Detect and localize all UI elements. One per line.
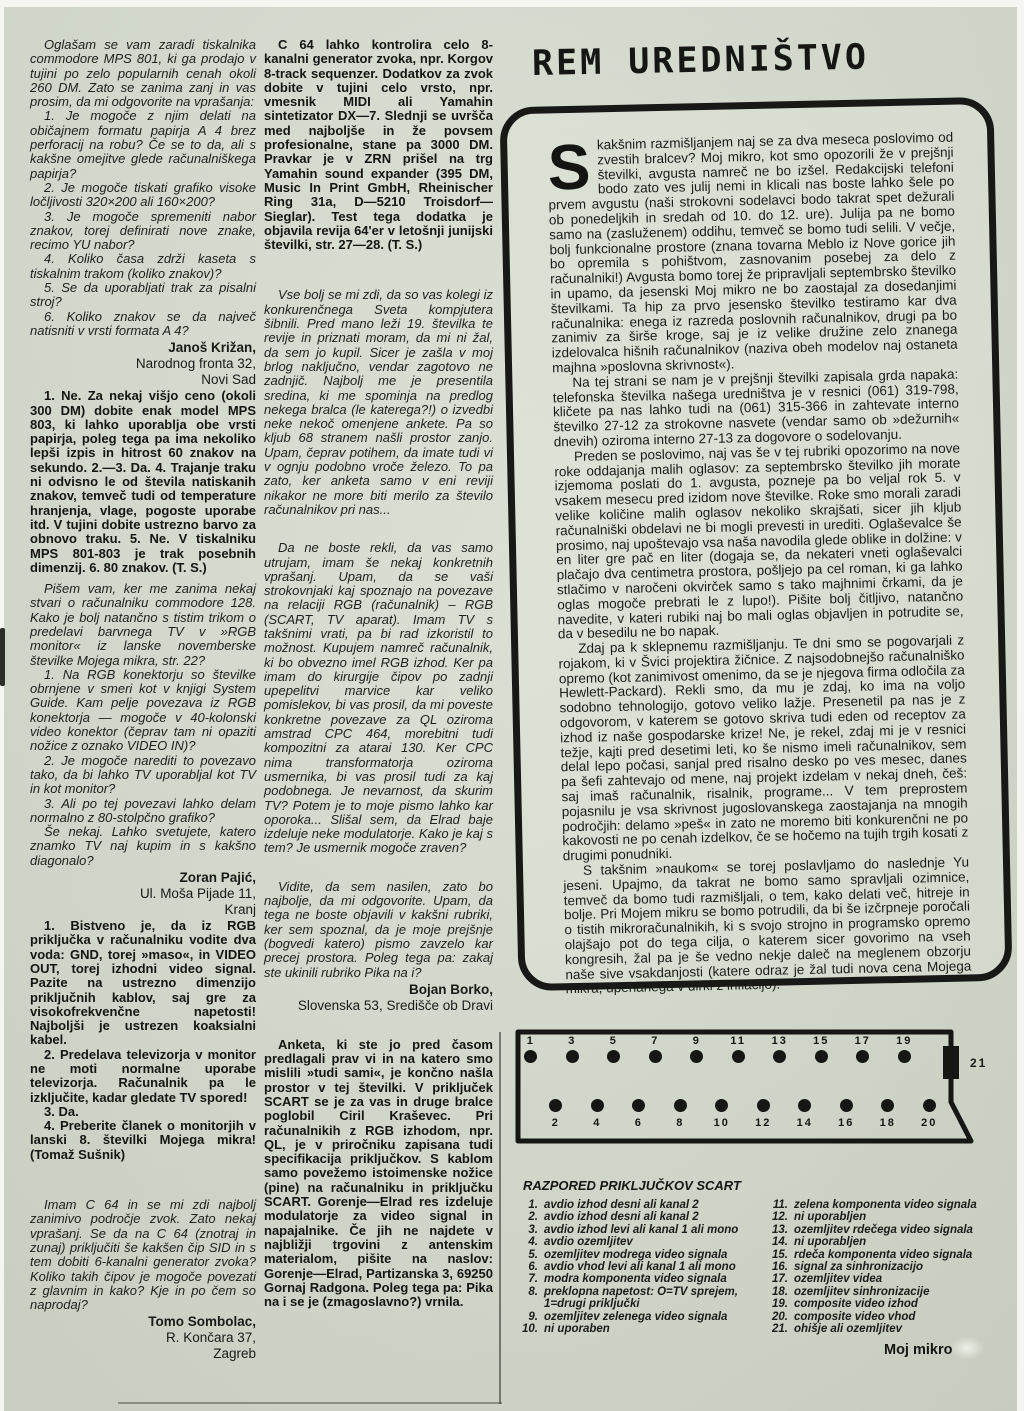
editorial-paragraph: S takšnim »naukom« se torej poslavljamo … bbox=[563, 855, 972, 997]
answer-paragraph: 3. Da. bbox=[30, 1105, 256, 1119]
pin-list-item-number: 2. bbox=[512, 1211, 538, 1223]
pin-list-item: 3. avdio izhod levi ali kanal 1 ali mono bbox=[512, 1224, 762, 1236]
pin-list-item-text: composite video izhod bbox=[794, 1298, 1012, 1310]
pin-number: 20 bbox=[921, 1117, 937, 1129]
magazine-name-footer: Moj mikro bbox=[884, 1342, 952, 1358]
scart-pin: 13 bbox=[759, 1035, 801, 1063]
pin-list-item-text: ozemljitev rdečega video signala bbox=[794, 1224, 1012, 1236]
pin-list-item: 6. avdio vhod levi ali kanal 1 ali mono bbox=[512, 1261, 762, 1273]
scart-pin: 8 bbox=[660, 1099, 702, 1129]
pin-list-item-number: 10. bbox=[512, 1323, 538, 1335]
signature-name: Zoran Pajić, bbox=[30, 870, 256, 886]
pin-list-item-number: 9. bbox=[512, 1311, 538, 1323]
pin-dot-icon bbox=[898, 1050, 911, 1063]
letter-paragraph: 2. Je mogoče tiskati grafiko visoke ločl… bbox=[30, 181, 256, 210]
pin-dot-icon bbox=[549, 1099, 562, 1112]
pin-list-item: 7. modra komponenta video signala bbox=[512, 1273, 762, 1285]
pin-list-item: 12. ni uporabljen bbox=[762, 1211, 1012, 1223]
pin-list-item: 19. composite video izhod bbox=[762, 1298, 1012, 1310]
editorial-paragraph: Preden se poslovimo, naj vas še v tej ru… bbox=[554, 441, 964, 642]
letter-paragraph: 2. Je mogoče narediti to povezavo tako, … bbox=[30, 754, 256, 797]
pin-dot-icon bbox=[840, 1099, 853, 1112]
scart-pin: 18 bbox=[867, 1099, 909, 1129]
pin-dot-icon bbox=[649, 1050, 662, 1063]
pin-list-item: 13. ozemljitev rdečega video signala bbox=[762, 1224, 1012, 1236]
signature: Bojan Borko, Slovenska 53, Središče ob D… bbox=[264, 982, 493, 1014]
pin-list-item-number: 20. bbox=[762, 1311, 788, 1323]
letter-paragraph: 4. Koliko časa zdrži kaseta s tiskalnim … bbox=[30, 252, 256, 281]
signature-name: Tomo Sombolac, bbox=[30, 1314, 256, 1330]
pin-list-item-text: rdeča komponenta video signala bbox=[794, 1249, 1012, 1261]
pin-number: 6 bbox=[635, 1117, 643, 1129]
pin-dot-icon bbox=[607, 1050, 620, 1063]
pin-list-item-text: ozemljitev videa bbox=[794, 1273, 1012, 1285]
pin-list-item: 4. avdio ozemljitev bbox=[512, 1236, 762, 1248]
letters-column-2: C 64 lahko kontrolira celo 8-kanalni gen… bbox=[264, 38, 493, 1309]
pin-number: 8 bbox=[676, 1117, 684, 1129]
editorial-box: Skakšnim razmišljanjem naj se za dva mes… bbox=[499, 97, 1012, 992]
pin-list-item-text: preklopna napetost: O=TV sprejem, 1=drug… bbox=[544, 1286, 762, 1311]
scart-pin: 4 bbox=[577, 1099, 619, 1129]
pin-list-item-number: 16. bbox=[762, 1261, 788, 1273]
pin-21-label: 21 bbox=[970, 1056, 987, 1070]
editorial-text: kakšnim razmišljanjem naj se za dva mese… bbox=[548, 130, 957, 376]
scan-edge-right bbox=[1017, 0, 1024, 1411]
pin-list-item-text: ni uporaben bbox=[544, 1323, 762, 1335]
pin-list-item: 5. ozemljitev modrega video signala bbox=[512, 1249, 762, 1261]
pin-list-item: 15. rdeča komponenta video signala bbox=[762, 1249, 1012, 1261]
signature-address: Ul. Moša Pijade 11, bbox=[30, 886, 256, 902]
scart-pin: 17 bbox=[842, 1035, 884, 1063]
pin-list-item: 18. ozemljitev sinhronizacije bbox=[762, 1286, 1012, 1298]
pin-list-item-text: avdio izhod desni ali kanal 2 bbox=[544, 1199, 762, 1211]
answer-paragraph: 4. Preberite članek o monitorjih v lansk… bbox=[30, 1119, 256, 1162]
pin-list-item-text: signal za sinhronizacijo bbox=[794, 1261, 1012, 1273]
pin-list-item-number: 11. bbox=[762, 1199, 788, 1211]
answer-paragraph: 1. Ne. Za nekaj višjo ceno (okoli 300 DM… bbox=[30, 389, 256, 575]
pin-dot-icon bbox=[773, 1050, 786, 1063]
letter-paragraph: Še nekaj. Lahko svetujete, katero znamko… bbox=[30, 825, 256, 868]
scan-edge-top bbox=[0, 0, 1024, 7]
page-number-smudge bbox=[950, 1336, 984, 1360]
pin-list-item: 9. ozemljitev zelenega video signala bbox=[512, 1311, 762, 1323]
scart-pin: 9 bbox=[676, 1035, 718, 1063]
pin-list-left-column: 1. avdio izhod desni ali kanal 2 2. avdi… bbox=[512, 1199, 762, 1335]
letter-paragraph: Vse bolj se mi zdi, da so vas kolegi iz … bbox=[264, 288, 493, 517]
pin-number: 5 bbox=[610, 1035, 618, 1047]
signature-city: Zagreb bbox=[30, 1346, 256, 1362]
pin-number: 19 bbox=[896, 1035, 912, 1047]
signature-address: R. Končara 37, bbox=[30, 1330, 256, 1346]
pin-list-item-text: avdio ozemljitev bbox=[544, 1236, 762, 1248]
pin-list-title: RAZPORED PRIKLJUČKOV SCART bbox=[523, 1178, 1012, 1193]
letters-column-1: Oglašam se vam zaradi tiskalnika commodo… bbox=[30, 38, 256, 1363]
pin-21-block bbox=[943, 1046, 959, 1079]
pin-list-item-number: 4. bbox=[512, 1236, 538, 1248]
scart-pin: 19 bbox=[884, 1035, 926, 1063]
pin-list-item: 20. composite video vhod bbox=[762, 1311, 1012, 1323]
signature-name: Bojan Borko, bbox=[264, 982, 493, 998]
pin-list-item-text: ni uporabljen bbox=[794, 1211, 1012, 1223]
pin-number: 9 bbox=[693, 1035, 701, 1047]
letter-paragraph: Imam C 64 in se mi zdi najbolj zanimivo … bbox=[30, 1198, 256, 1312]
letter-paragraph: 1. Na RGB konektorju so številke obrnjen… bbox=[30, 668, 256, 754]
pin-list-item-text: avdio izhod desni ali kanal 2 bbox=[544, 1211, 762, 1223]
scart-pin: 20 bbox=[909, 1099, 951, 1129]
pin-list-item: 17. ozemljitev videa bbox=[762, 1273, 1012, 1285]
pin-list-item: 8. preklopna napetost: O=TV sprejem, 1=d… bbox=[512, 1286, 762, 1311]
answer-paragraph: C 64 lahko kontrolira celo 8-kanalni gen… bbox=[264, 38, 493, 252]
signature: Janoš Križan, Narodnog fronta 32, Novi S… bbox=[30, 340, 256, 388]
pin-number: 12 bbox=[755, 1117, 771, 1129]
signature-city: Novi Sad bbox=[30, 372, 256, 388]
scart-pins-top-row: 1 3 5 7 9 bbox=[510, 1035, 925, 1063]
letter-paragraph: Vidite, da sem nasilen, zato bo najbolje… bbox=[264, 880, 493, 980]
pin-dot-icon bbox=[732, 1050, 745, 1063]
answer-paragraph: Anketa, ki ste jo pred časom predlagali … bbox=[264, 1038, 493, 1310]
pin-list-item-number: 15. bbox=[762, 1249, 788, 1261]
scart-pin: 5 bbox=[593, 1035, 635, 1063]
pin-list-item-number: 12. bbox=[762, 1211, 788, 1223]
scart-pin: 14 bbox=[784, 1099, 826, 1129]
pin-list-item: 1. avdio izhod desni ali kanal 2 bbox=[512, 1199, 762, 1211]
pin-list-item-text: ni uporabljen bbox=[794, 1236, 1012, 1248]
magazine-page: Oglašam se vam zaradi tiskalnika commodo… bbox=[0, 0, 1024, 1411]
pin-list-item-text: composite video vhod bbox=[794, 1311, 1012, 1323]
scart-pin: 6 bbox=[618, 1099, 660, 1129]
pin-list-item: 11. zelena komponenta video signala bbox=[762, 1199, 1012, 1211]
pin-list-item-text: ozemljitev zelenega video signala bbox=[544, 1311, 762, 1323]
scan-edge-left bbox=[0, 0, 4, 1411]
column-divider-line bbox=[499, 1032, 501, 1404]
pin-list-item-number: 19. bbox=[762, 1298, 788, 1310]
answer-paragraph: 1. Bistveno je, da iz RGB priključka v r… bbox=[30, 919, 256, 1048]
scart-pin: 2 bbox=[535, 1099, 577, 1129]
pin-list-item: 14. ni uporabljen bbox=[762, 1236, 1012, 1248]
pin-dot-icon bbox=[798, 1099, 811, 1112]
pin-number: 14 bbox=[797, 1117, 813, 1129]
pin-dot-icon bbox=[815, 1050, 828, 1063]
scart-pin: 3 bbox=[552, 1035, 594, 1063]
pin-list-item-text: ozemljitev modrega video signala bbox=[544, 1249, 762, 1261]
rem-urednistvo-header: REM UREDNIŠTVO bbox=[532, 38, 870, 84]
pin-number: 3 bbox=[568, 1035, 576, 1047]
letter-paragraph: Da ne boste rekli, da vas samo utrujam, … bbox=[264, 541, 493, 856]
pin-list-item: 2. avdio izhod desni ali kanal 2 bbox=[512, 1211, 762, 1223]
signature: Zoran Pajić, Ul. Moša Pijade 11, Kranj bbox=[30, 870, 256, 918]
page-edge-line bbox=[118, 1402, 502, 1404]
letter-paragraph: Oglašam se vam zaradi tiskalnika commodo… bbox=[30, 38, 256, 109]
pin-dot-icon bbox=[856, 1050, 869, 1063]
pin-list-item-number: 6. bbox=[512, 1261, 538, 1273]
scart-pin: 10 bbox=[701, 1099, 743, 1129]
pin-list-item-number: 5. bbox=[512, 1249, 538, 1261]
letter-paragraph: 1. Je mogoče z njim delati na običajnem … bbox=[30, 109, 256, 180]
answer-paragraph: 2. Predelava televizorja v monitor ne mo… bbox=[30, 1048, 256, 1105]
pin-number: 7 bbox=[651, 1035, 659, 1047]
dropcap: S bbox=[547, 142, 591, 193]
pin-dot-icon bbox=[591, 1099, 604, 1112]
editorial-paragraph: Zdaj pa k sklepnemu razmišljanju. Te dni… bbox=[558, 634, 969, 865]
signature-name: Janoš Križan, bbox=[30, 340, 256, 356]
scart-pin: 15 bbox=[801, 1035, 843, 1063]
pin-dot-icon bbox=[757, 1099, 770, 1112]
pin-list-item-text: avdio vhod levi ali kanal 1 ali mono bbox=[544, 1261, 762, 1273]
signature-city: Kranj bbox=[30, 902, 256, 918]
editorial-paragraph: Na tej strani se nam je v prejšnji števi… bbox=[552, 367, 960, 450]
scan-artifact bbox=[0, 628, 5, 686]
pin-number: 1 bbox=[527, 1035, 535, 1047]
pin-list-item-number: 1. bbox=[512, 1199, 538, 1211]
pin-number: 11 bbox=[730, 1035, 746, 1047]
pin-list-item-text: ozemljitev sinhronizacije bbox=[794, 1286, 1012, 1298]
pin-dot-icon bbox=[524, 1050, 537, 1063]
pin-dot-icon bbox=[715, 1099, 728, 1112]
pin-number: 10 bbox=[714, 1117, 730, 1129]
pin-list-item-number: 14. bbox=[762, 1236, 788, 1248]
signature-address: Narodnog fronta 32, bbox=[30, 356, 256, 372]
pin-list-item-text: avdio izhod levi ali kanal 1 ali mono bbox=[544, 1224, 762, 1236]
pin-list-item: 21. ohišje ali ozemljitev bbox=[762, 1323, 1012, 1335]
pin-number: 4 bbox=[593, 1117, 601, 1129]
pin-number: 18 bbox=[880, 1117, 896, 1129]
pin-number: 13 bbox=[772, 1035, 788, 1047]
pin-list-item: 16. signal za sinhronizacijo bbox=[762, 1261, 1012, 1273]
scart-pin: 7 bbox=[635, 1035, 677, 1063]
pin-list-item-number: 3. bbox=[512, 1224, 538, 1236]
scart-pin: 11 bbox=[718, 1035, 760, 1063]
pin-number: 15 bbox=[813, 1035, 829, 1047]
pin-list-item: 10. ni uporaben bbox=[512, 1323, 762, 1335]
pin-list-item-text: ohišje ali ozemljitev bbox=[794, 1323, 1012, 1335]
pin-list-item-text: zelena komponenta video signala bbox=[794, 1199, 1012, 1211]
pin-dot-icon bbox=[923, 1099, 936, 1112]
signature-address: Slovenska 53, Središče ob Dravi bbox=[264, 998, 493, 1014]
letter-paragraph: Pišem vam, ker me zanima nekaj stvari o … bbox=[30, 582, 256, 668]
pin-number: 17 bbox=[855, 1035, 871, 1047]
letter-paragraph: 3. Je mogoče spremeniti nabor znakov, to… bbox=[30, 210, 256, 253]
pin-number: 2 bbox=[552, 1117, 560, 1129]
pin-list-item-number: 18. bbox=[762, 1286, 788, 1298]
editorial-paragraph: Skakšnim razmišljanjem naj se za dva mes… bbox=[547, 131, 958, 377]
pin-dot-icon bbox=[881, 1099, 894, 1112]
pin-number: 16 bbox=[838, 1117, 854, 1129]
pin-list-right-column: 11. zelena komponenta video signala 12. … bbox=[762, 1199, 1012, 1335]
scart-pin: 1 bbox=[510, 1035, 552, 1063]
pin-list-item-number: 17. bbox=[762, 1273, 788, 1285]
pin-dot-icon bbox=[632, 1099, 645, 1112]
pin-list-item-number: 13. bbox=[762, 1224, 788, 1236]
pin-dot-icon bbox=[690, 1050, 703, 1063]
letter-paragraph: 5. Se da uporabljati trak za pisalni str… bbox=[30, 281, 256, 310]
letter-paragraph: 3. Ali po tej povezavi lahko delam norma… bbox=[30, 797, 256, 826]
pin-list-item-number: 7. bbox=[512, 1273, 538, 1285]
scart-pin-assignment-list: RAZPORED PRIKLJUČKOV SCART 1. avdio izho… bbox=[512, 1178, 1012, 1335]
letter-paragraph: 6. Koliko znakov se da največ natisniti … bbox=[30, 310, 256, 339]
pin-dot-icon bbox=[674, 1099, 687, 1112]
pin-list-item-text: modra komponenta video signala bbox=[544, 1273, 762, 1285]
pin-list-item-number: 8. bbox=[512, 1286, 538, 1311]
scart-pin: 16 bbox=[826, 1099, 868, 1129]
pin-list-item-number: 21. bbox=[762, 1323, 788, 1335]
scart-connector-diagram: 1 3 5 7 9 bbox=[506, 1026, 998, 1150]
signature: Tomo Sombolac, R. Končara 37, Zagreb bbox=[30, 1314, 256, 1362]
scart-pin: 12 bbox=[743, 1099, 785, 1129]
pin-dot-icon bbox=[566, 1050, 579, 1063]
scart-pins-bottom-row: 2 4 6 8 10 bbox=[535, 1099, 950, 1129]
